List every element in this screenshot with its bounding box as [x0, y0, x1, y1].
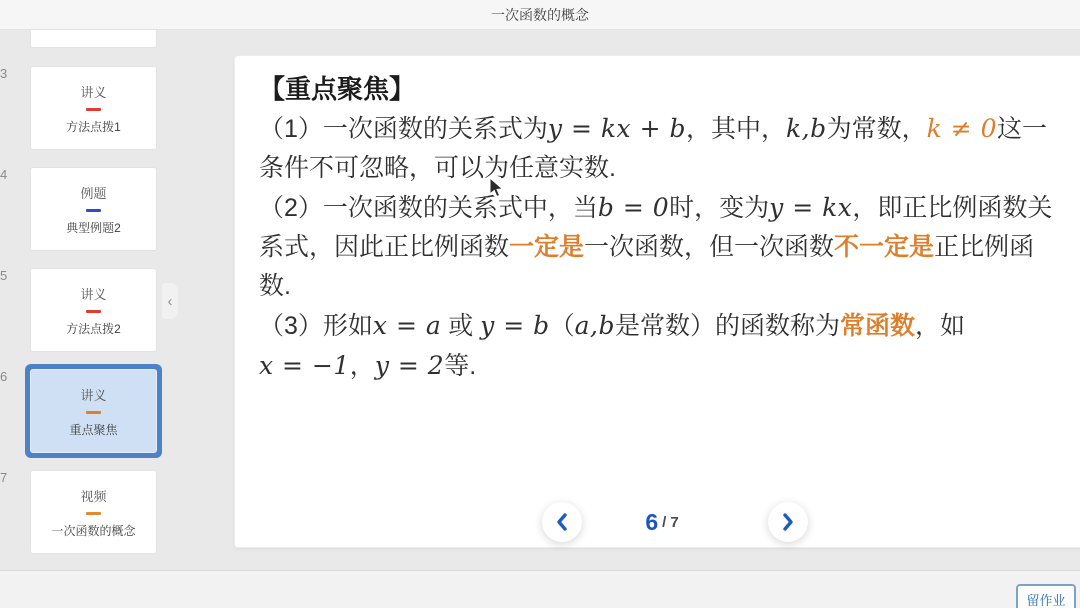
- content-line: （2）一次函数的关系式中，当b = 0时，变为y = kx，即正比例函数关: [259, 188, 1052, 228]
- sidebar-collapse-handle[interactable]: ‹: [162, 283, 178, 319]
- sidebar-item[interactable]: 3 讲义 方法点拨1: [30, 66, 157, 150]
- text-segment: 常函数: [840, 312, 915, 340]
- text-segment: y = 2: [375, 351, 444, 380]
- prev-page-button[interactable]: [542, 502, 582, 542]
- item-number: 7: [0, 470, 14, 485]
- bottom-bar: 留作业: [0, 570, 1080, 608]
- text-segment: ，如: [915, 312, 965, 340]
- item-number: 6: [0, 369, 14, 384]
- item-dash: [86, 209, 101, 212]
- page-separator: /: [662, 514, 666, 531]
- item-dash: [86, 411, 101, 414]
- app-window: 一次函数的概念 3 讲义 方法点拨1 4 例题 典型例题2 5 讲义 方法点拨2…: [0, 0, 1080, 608]
- content-line: 数.: [259, 267, 1052, 306]
- text-segment: 不一定是: [834, 233, 934, 261]
- text-segment: 或: [441, 312, 480, 340]
- text-segment: （3）形如: [259, 312, 373, 340]
- text-segment: 条件不可忽略，可以为任意实数.: [259, 154, 616, 182]
- text-segment: 正比例函: [934, 233, 1034, 261]
- sidebar-item-partial[interactable]: [30, 30, 157, 48]
- item-dash: [86, 108, 101, 111]
- sidebar-item[interactable]: 6 讲义 重点聚焦: [25, 364, 162, 458]
- assign-homework-button[interactable]: 留作业: [1016, 584, 1076, 608]
- text-segment: x = −1: [259, 351, 350, 380]
- item-title: 方法点拨1: [66, 118, 121, 135]
- sidebar-item[interactable]: 4 例题 典型例题2: [30, 167, 157, 251]
- lesson-card[interactable]: 讲义 方法点拨1: [30, 66, 157, 150]
- slide-heading: 【重点聚焦】: [259, 70, 1052, 109]
- text-segment: 时，变为: [669, 194, 769, 222]
- text-segment: ，其中，: [686, 115, 786, 143]
- content-lines: （1）一次函数的关系式为y = kx + b，其中，k,b为常数，k ≠ 0这一…: [259, 109, 1052, 386]
- item-type-label: 讲义: [80, 82, 106, 101]
- sidebar-list: 3 讲义 方法点拨1 4 例题 典型例题2 5 讲义 方法点拨2 6 讲义 重点…: [30, 66, 157, 554]
- item-number: 5: [0, 268, 14, 283]
- lesson-card[interactable]: 例题 典型例题2: [30, 167, 157, 251]
- text-segment: 系式，因此正比例函数: [259, 233, 509, 261]
- sidebar-item[interactable]: 7 视频 一次函数的概念: [30, 470, 157, 554]
- text-segment: y = kx: [769, 193, 852, 222]
- text-segment: x = a: [373, 311, 441, 340]
- text-segment: 一定是: [509, 233, 584, 261]
- text-segment: k ≠ 0: [927, 114, 997, 143]
- content-line: x = −1，y = 2等.: [259, 346, 1052, 386]
- content-line: （1）一次函数的关系式为y = kx + b，其中，k,b为常数，k ≠ 0这一: [259, 109, 1052, 149]
- item-type-label: 讲义: [80, 385, 106, 404]
- text-segment: y = b: [480, 311, 549, 340]
- text-segment: k,b: [786, 114, 827, 143]
- chevron-left-icon: [555, 513, 569, 531]
- item-title: 重点聚焦: [69, 421, 117, 438]
- text-segment: 这一: [997, 115, 1047, 143]
- text-segment: （1）一次函数的关系式为: [259, 115, 548, 143]
- next-page-button[interactable]: [768, 502, 808, 542]
- text-segment: 是常数）的函数称为: [615, 312, 840, 340]
- content-line: 条件不可忽略，可以为任意实数.: [259, 149, 1052, 188]
- item-type-label: 例题: [80, 183, 106, 202]
- page-indicator: 6 / 7: [627, 506, 697, 538]
- item-number: 3: [0, 66, 14, 81]
- lesson-card[interactable]: 讲义 方法点拨2: [30, 268, 157, 352]
- window-title: 一次函数的概念: [491, 5, 589, 25]
- item-title: 一次函数的概念: [51, 522, 135, 539]
- lesson-card[interactable]: 讲义 重点聚焦: [30, 369, 157, 453]
- text-segment: 为常数，: [827, 115, 927, 143]
- total-pages: 7: [670, 514, 678, 531]
- lesson-sidebar: 3 讲义 方法点拨1 4 例题 典型例题2 5 讲义 方法点拨2 6 讲义 重点…: [30, 30, 157, 571]
- text-segment: 数.: [259, 272, 291, 300]
- text-segment: （2）一次函数的关系式中，当: [259, 194, 598, 222]
- slide-panel: 【重点聚焦】 （1）一次函数的关系式为y = kx + b，其中，k,b为常数，…: [234, 55, 1080, 548]
- top-bar: 一次函数的概念: [0, 0, 1080, 30]
- current-page: 6: [645, 509, 658, 536]
- item-title: 方法点拨2: [66, 320, 121, 337]
- item-dash: [86, 310, 101, 313]
- text-segment: y = kx + b: [548, 114, 686, 143]
- item-number: 4: [0, 167, 14, 182]
- text-segment: 等.: [444, 352, 476, 380]
- slide-content: 【重点聚焦】 （1）一次函数的关系式为y = kx + b，其中，k,b为常数，…: [259, 70, 1052, 386]
- item-title: 典型例题2: [66, 219, 121, 236]
- content-line: 系式，因此正比例函数一定是一次函数，但一次函数不一定是正比例函: [259, 228, 1052, 267]
- text-segment: ，: [350, 352, 375, 380]
- item-type-label: 视频: [80, 486, 106, 505]
- item-dash: [86, 512, 101, 515]
- assign-homework-label: 留作业: [1026, 590, 1065, 608]
- text-segment: ，即正比例函数关: [852, 194, 1052, 222]
- text-segment: 一次函数，但一次函数: [584, 233, 834, 261]
- text-segment: （: [550, 312, 575, 340]
- content-line: （3）形如x = a 或 y = b（a,b是常数）的函数称为常函数，如: [259, 306, 1052, 346]
- text-segment: b = 0: [598, 193, 669, 222]
- sidebar-item[interactable]: 5 讲义 方法点拨2: [30, 268, 157, 352]
- chevron-left-icon: ‹: [168, 293, 173, 310]
- lesson-card[interactable]: 视频 一次函数的概念: [30, 470, 157, 554]
- item-type-label: 讲义: [80, 284, 106, 303]
- text-segment: a,b: [575, 311, 615, 340]
- chevron-right-icon: [781, 513, 795, 531]
